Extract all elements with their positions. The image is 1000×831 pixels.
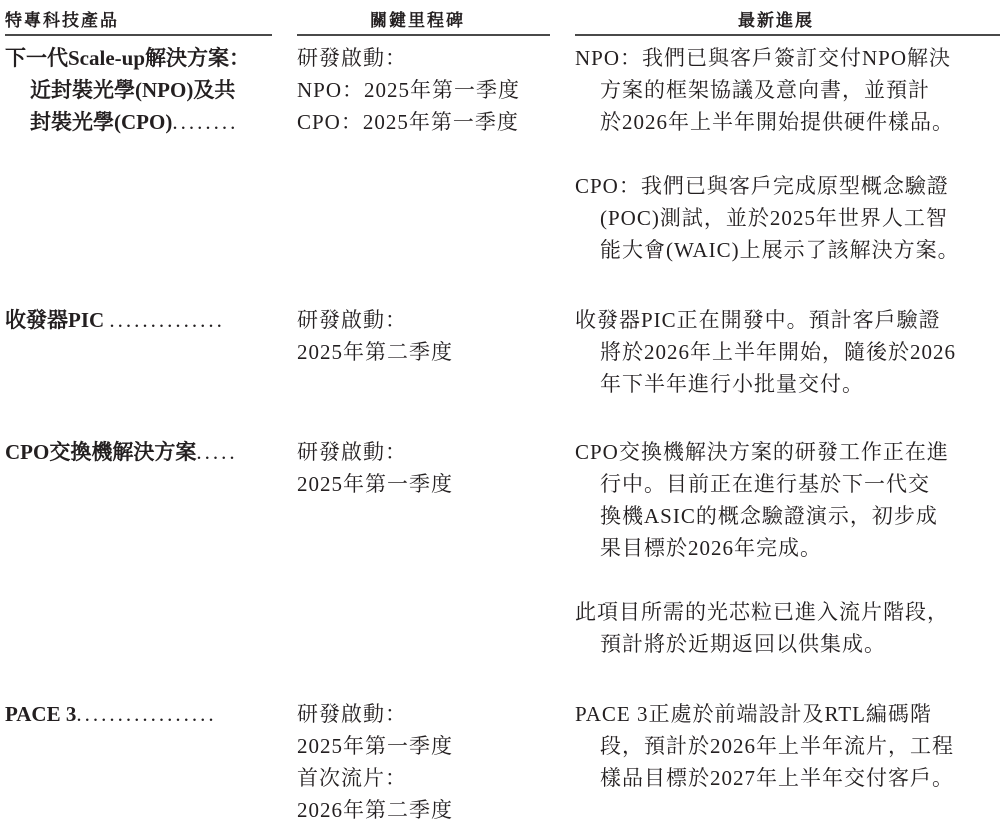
product-cell: 收發器PIC .............. bbox=[5, 304, 287, 336]
milestone-line: 研發啟動： bbox=[297, 42, 557, 74]
progress-line: 於2026年上半年開始提供硬件樣品。 bbox=[575, 106, 1000, 138]
milestone-cell: 研發啟動： NPO：2025年第一季度 CPO：2025年第一季度 bbox=[297, 42, 557, 138]
progress-line: 年下半年進行小批量交付。 bbox=[575, 368, 1000, 400]
progress-cell: CPO交換機解決方案的研發工作正在進 行中。目前正在進行基於下一代交 換機ASI… bbox=[575, 436, 1000, 692]
progress-paragraph: 收發器PIC正在開發中。預計客戶驗證 將於2026年上半年開始，隨後於2026 … bbox=[575, 304, 1000, 400]
progress-paragraph: NPO：我們已與客戶簽訂交付NPO解決 方案的框架協議及意向書，並預計 於202… bbox=[575, 42, 1000, 138]
progress-cell: PACE 3正處於前端設計及RTL編碼階 段，預計於2026年上半年流片，工程 … bbox=[575, 698, 1000, 826]
milestone-cell: 研發啟動： 2025年第二季度 bbox=[297, 304, 557, 368]
progress-line: 收發器PIC正在開發中。預計客戶驗證 bbox=[575, 304, 1000, 336]
progress-line: 樣品目標於2027年上半年交付客戶。 bbox=[575, 762, 1000, 794]
header-progress: 最新進展 bbox=[738, 6, 814, 31]
milestone-line: 首次流片： bbox=[297, 762, 557, 794]
milestone-line: CPO：2025年第一季度 bbox=[297, 106, 557, 138]
progress-paragraph: PACE 3正處於前端設計及RTL編碼階 段，預計於2026年上半年流片，工程 … bbox=[575, 698, 1000, 794]
product-line: 封裝光學(CPO)........ bbox=[5, 106, 287, 138]
header-milestone: 關鍵里程碑 bbox=[370, 6, 465, 31]
header-rule-product bbox=[5, 34, 272, 36]
progress-line: NPO：我們已與客戶簽訂交付NPO解決 bbox=[575, 42, 1000, 74]
header-product: 特專科技產品 bbox=[5, 6, 119, 31]
milestone-cell: 研發啟動： 2025年第一季度 bbox=[297, 436, 557, 500]
progress-paragraph: CPO：我們已與客戶完成原型概念驗證 (POC)測試，並於2025年世界人工智 … bbox=[575, 170, 1000, 266]
milestone-line: 2025年第二季度 bbox=[297, 336, 557, 368]
progress-line: 行中。目前正在進行基於下一代交 bbox=[575, 468, 1000, 500]
product-text: CPO交換機解決方案 bbox=[5, 440, 196, 464]
header-rule-milestone bbox=[297, 34, 550, 36]
product-text: PACE 3 bbox=[5, 702, 76, 726]
product-text: 封裝光學(CPO) bbox=[30, 110, 172, 134]
progress-line: 換機ASIC的概念驗證演示，初步成 bbox=[575, 500, 1000, 532]
product-cell: 下一代Scale-up解決方案： 近封裝光學(NPO)及共 封裝光學(CPO).… bbox=[5, 42, 287, 138]
progress-cell: NPO：我們已與客戶簽訂交付NPO解決 方案的框架協議及意向書，並預計 於202… bbox=[575, 42, 1000, 298]
milestone-line: NPO：2025年第一季度 bbox=[297, 74, 557, 106]
progress-line: 能大會(WAIC)上展示了該解決方案。 bbox=[575, 234, 1000, 266]
progress-line: (POC)測試，並於2025年世界人工智 bbox=[575, 202, 1000, 234]
progress-line: CPO交換機解決方案的研發工作正在進 bbox=[575, 436, 1000, 468]
progress-line: 段，預計於2026年上半年流片，工程 bbox=[575, 730, 1000, 762]
product-cell: CPO交換機解決方案..... bbox=[5, 436, 287, 468]
progress-line: 預計將於近期返回以供集成。 bbox=[575, 628, 1000, 660]
milestone-line: 研發啟動： bbox=[297, 304, 557, 336]
milestone-cell: 研發啟動： 2025年第一季度 首次流片： 2026年第二季度 bbox=[297, 698, 557, 826]
milestone-line: 2026年第二季度 bbox=[297, 794, 557, 826]
progress-paragraph: 此項目所需的光芯粒已進入流片階段， 預計將於近期返回以供集成。 bbox=[575, 596, 1000, 660]
milestone-line: 研發啟動： bbox=[297, 436, 557, 468]
progress-line: CPO：我們已與客戶完成原型概念驗證 bbox=[575, 170, 1000, 202]
progress-line: PACE 3正處於前端設計及RTL編碼階 bbox=[575, 698, 1000, 730]
product-line: CPO交換機解決方案..... bbox=[5, 436, 287, 468]
milestone-line: 研發啟動： bbox=[297, 698, 557, 730]
progress-line: 此項目所需的光芯粒已進入流片階段， bbox=[575, 596, 1000, 628]
product-line: 下一代Scale-up解決方案： bbox=[5, 42, 287, 74]
progress-paragraph: CPO交換機解決方案的研發工作正在進 行中。目前正在進行基於下一代交 換機ASI… bbox=[575, 436, 1000, 564]
leader-dots: ................. bbox=[76, 702, 216, 726]
leader-dots: ..... bbox=[196, 440, 237, 464]
product-cell: PACE 3................. bbox=[5, 698, 287, 730]
leader-dots: .............. bbox=[109, 308, 225, 332]
product-line: 近封裝光學(NPO)及共 bbox=[5, 74, 287, 106]
progress-cell: 收發器PIC正在開發中。預計客戶驗證 將於2026年上半年開始，隨後於2026 … bbox=[575, 304, 1000, 432]
milestone-line: 2025年第一季度 bbox=[297, 468, 557, 500]
progress-line: 果目標於2026年完成。 bbox=[575, 532, 1000, 564]
milestone-line: 2025年第一季度 bbox=[297, 730, 557, 762]
product-line: PACE 3................. bbox=[5, 698, 287, 730]
header-rule-progress bbox=[575, 34, 1000, 36]
progress-line: 方案的框架協議及意向書，並預計 bbox=[575, 74, 1000, 106]
progress-line: 將於2026年上半年開始，隨後於2026 bbox=[575, 336, 1000, 368]
product-text: 收發器PIC bbox=[5, 308, 104, 332]
leader-dots: ........ bbox=[172, 110, 238, 134]
product-line: 收發器PIC .............. bbox=[5, 304, 287, 336]
